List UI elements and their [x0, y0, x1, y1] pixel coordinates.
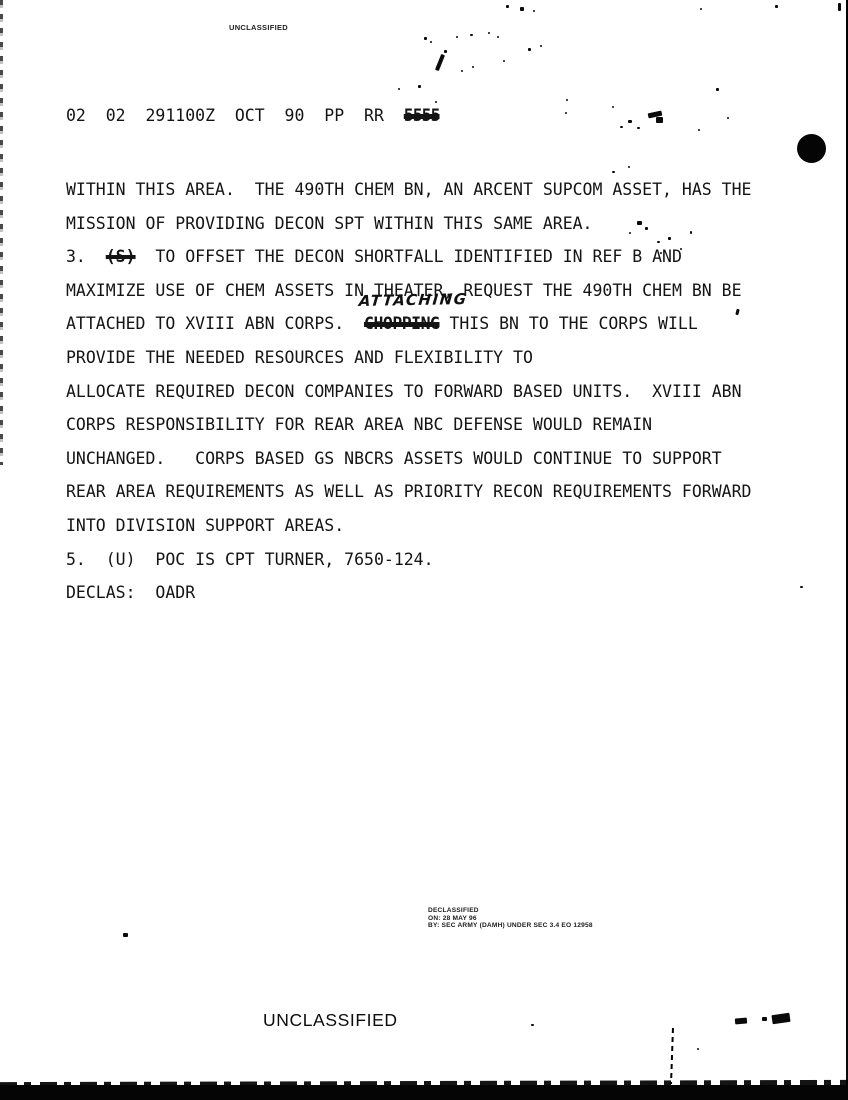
ink-speck	[657, 241, 660, 243]
ink-speck	[435, 54, 445, 71]
ink-speck	[771, 1013, 790, 1024]
text-segment: 3.	[66, 247, 106, 266]
text-segment: 02 02 291100Z OCT 90 PP RR	[66, 106, 404, 125]
scan-left-edge-artifact	[0, 0, 3, 465]
text-segment: 5. (U) POC IS CPT TURNER, 7650-124.	[66, 550, 434, 569]
ink-speck	[656, 117, 663, 123]
ink-speck	[628, 120, 632, 123]
declass-stamp-line3: BY: SEC ARMY (DAMH) UNDER SEC 3.4 EO 129…	[428, 922, 593, 930]
struck-text-segment: CHOPPING	[364, 314, 439, 333]
ink-speck	[503, 60, 505, 62]
body-line: DECLAS: OADR	[66, 576, 806, 610]
ink-speck	[444, 50, 447, 53]
body-line: ATTACHED TO XVIII ABN CORPS. CHOPPING TH…	[66, 307, 806, 341]
text-segment: ALLOCATE REQUIRED DECON COMPANIES TO FOR…	[66, 382, 742, 401]
body-line: REAR AREA REQUIREMENTS AS WELL AS PRIORI…	[66, 475, 806, 509]
hole-punch-mark	[797, 134, 826, 163]
body-line: CORPS RESPONSIBILITY FOR REAR AREA NBC D…	[66, 408, 806, 442]
ink-speck	[620, 126, 623, 128]
ink-speck	[629, 232, 631, 234]
ink-speck	[680, 248, 682, 250]
text-segment: THIS BN TO THE CORPS WILL	[440, 314, 698, 333]
text-segment: TO OFFSET THE DECON SHORTFALL IDENTIFIED…	[136, 247, 682, 266]
ink-speck	[668, 237, 671, 240]
ink-speck	[566, 99, 568, 101]
scanned-document-page: UNCLASSIFIED 02 02 291100Z OCT 90 PP RR …	[0, 0, 848, 1100]
body-line: 3. (S) TO OFFSET THE DECON SHORTFALL IDE…	[66, 240, 806, 274]
ink-speck	[612, 106, 614, 108]
text-segment: PROVIDE THE NEEDED RESOURCES AND FLEXIBI…	[66, 348, 533, 367]
ink-speck	[637, 127, 640, 129]
ink-speck	[698, 129, 700, 131]
bottom-classification-label: UNCLASSIFIED	[263, 1010, 398, 1031]
ink-speck	[497, 36, 499, 38]
ink-speck	[540, 45, 542, 47]
ink-squiggle-mark	[670, 1028, 674, 1084]
declass-stamp-line1: DECLASSIFIED	[428, 907, 593, 915]
ink-speck	[430, 41, 432, 43]
ink-speck	[472, 66, 474, 68]
ink-speck	[533, 10, 535, 12]
ink-speck	[637, 221, 642, 225]
text-segment: WITHIN THIS AREA. THE 490TH CHEM BN, AN …	[66, 180, 751, 199]
struck-text-segment: (S)	[106, 247, 136, 266]
ink-speck	[435, 101, 437, 103]
ink-speck	[800, 586, 803, 588]
body-line: UNCHANGED. CORPS BASED GS NBCRS ASSETS W…	[66, 442, 806, 476]
body-line: INTO DIVISION SUPPORT AREAS.	[66, 509, 806, 543]
top-classification-label: UNCLASSIFIED	[229, 23, 288, 32]
ink-speck	[520, 7, 524, 11]
text-segment: MISSION OF PROVIDING DECON SPT WITHIN TH…	[66, 214, 593, 233]
ink-speck	[762, 1017, 767, 1021]
ink-speck	[565, 112, 567, 114]
text-segment: REAR AREA REQUIREMENTS AS WELL AS PRIORI…	[66, 482, 751, 501]
ink-speck	[398, 88, 400, 90]
declass-stamp-line2: ON: 28 MAY 96	[428, 915, 593, 923]
body-line: PROVIDE THE NEEDED RESOURCES AND FLEXIBI…	[66, 341, 806, 375]
document-body: WITHIN THIS AREA. THE 490TH CHEM BN, AN …	[66, 173, 806, 610]
body-line: MISSION OF PROVIDING DECON SPT WITHIN TH…	[66, 207, 806, 241]
ink-speck	[461, 70, 463, 72]
ink-speck	[690, 231, 692, 234]
text-segment: ATTACHED TO XVIII ABN CORPS.	[66, 314, 364, 333]
text-segment: DECLAS: OADR	[66, 583, 195, 602]
text-segment: CORPS RESPONSIBILITY FOR REAR AREA NBC D…	[66, 415, 652, 434]
ink-speck	[735, 1017, 747, 1024]
text-segment: UNCHANGED. CORPS BASED GS NBCRS ASSETS W…	[66, 449, 722, 468]
handwritten-annotation: ATTACHING	[358, 290, 468, 310]
ink-speck	[838, 3, 841, 11]
ink-speck	[612, 171, 615, 173]
message-header-line: 02 02 291100Z OCT 90 PP RR 5555	[66, 106, 440, 126]
ink-speck	[506, 5, 509, 8]
ink-speck	[697, 1048, 699, 1050]
ink-speck	[488, 32, 490, 34]
scan-bottom-black-band	[0, 1085, 848, 1100]
ink-speck	[470, 34, 473, 36]
text-segment: INTO DIVISION SUPPORT AREAS.	[66, 516, 344, 535]
body-line: 5. (U) POC IS CPT TURNER, 7650-124.	[66, 543, 806, 577]
ink-speck	[528, 48, 531, 51]
ink-speck	[660, 252, 662, 254]
ink-speck	[775, 5, 778, 8]
ink-speck	[123, 933, 128, 937]
ink-speck	[628, 166, 630, 168]
ink-speck	[424, 37, 427, 40]
body-line: WITHIN THIS AREA. THE 490TH CHEM BN, AN …	[66, 173, 806, 207]
ink-speck	[727, 117, 729, 119]
ink-speck	[700, 8, 702, 10]
ink-speck	[531, 1024, 534, 1026]
ink-speck	[645, 227, 648, 230]
body-line: ALLOCATE REQUIRED DECON COMPANIES TO FOR…	[66, 375, 806, 409]
ink-speck	[418, 85, 421, 88]
declassification-stamp: DECLASSIFIED ON: 28 MAY 96 BY: SEC ARMY …	[428, 907, 593, 930]
ink-speck	[456, 36, 458, 38]
ink-speck	[716, 88, 719, 91]
struck-text-segment: 5555	[404, 106, 440, 125]
